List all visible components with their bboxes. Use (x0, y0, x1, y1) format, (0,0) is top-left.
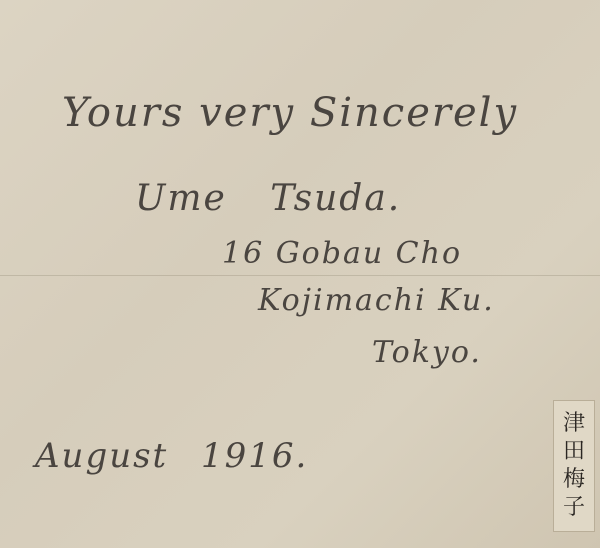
label-char: 田 (563, 438, 585, 466)
name-label-slip: 津 田 梅 子 (553, 400, 595, 532)
address-line-2: Kojimachi Ku. (258, 283, 495, 318)
letter-paper: Yours very Sincerely Ume Tsuda. 16 Gobau… (0, 0, 600, 548)
label-char: 子 (563, 494, 585, 522)
date-line: August 1916. (35, 436, 308, 476)
signature: Ume Tsuda. (135, 178, 401, 219)
closing-line: Yours very Sincerely (62, 90, 518, 136)
label-char: 津 (563, 410, 585, 438)
label-char: 梅 (563, 466, 585, 494)
paper-fold-crease (0, 275, 600, 276)
address-line-1: 16 Gobau Cho (222, 236, 462, 271)
address-line-3: Tokyo. (372, 335, 482, 370)
